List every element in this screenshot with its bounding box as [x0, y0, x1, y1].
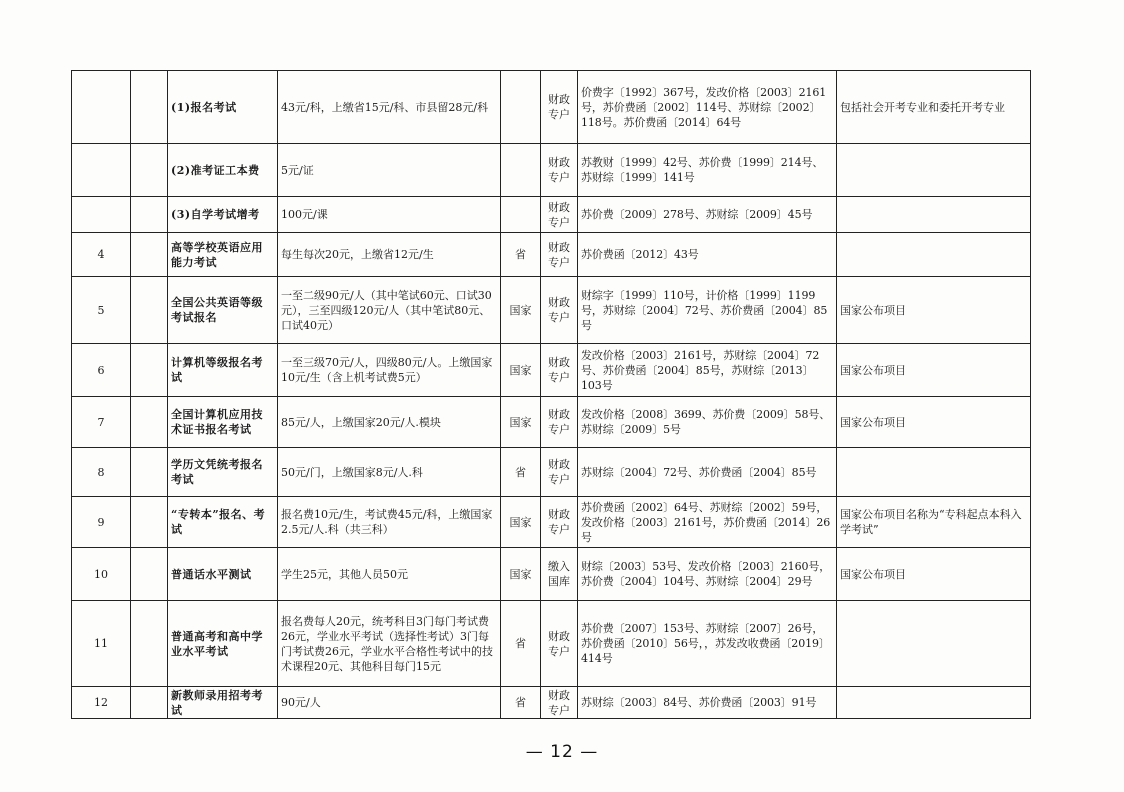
remark — [837, 448, 1031, 497]
approval-level: 国家 — [501, 277, 541, 344]
policy-basis: 苏价费〔2009〕278号、苏财综〔2009〕45号 — [578, 197, 837, 233]
approval-level: 国家 — [501, 548, 541, 601]
row-number — [72, 71, 131, 144]
item-name: (2)准考证工本费 — [168, 144, 278, 197]
approval-level: 省 — [501, 687, 541, 719]
fee-standard: 报名费每人20元，统考科目3门每门考试费26元，学业水平考试（选择性考试）3门每… — [278, 601, 501, 687]
item-name: 新教师录用招考考试 — [168, 687, 278, 719]
row-number: 7 — [72, 397, 131, 448]
blank-cell — [131, 448, 168, 497]
table-row: 12 新教师录用招考考试 90元/人 省 财政专户 苏财综〔2003〕84号、苏… — [72, 687, 1031, 719]
approval-level: 国家 — [501, 397, 541, 448]
item-name: 普通话水平测试 — [168, 548, 278, 601]
blank-cell — [131, 197, 168, 233]
blank-cell — [131, 601, 168, 687]
table-row: 7 全国计算机应用技术证书报名考试 85元/人，上缴国家20元/人.模块 国家 … — [72, 397, 1031, 448]
item-name: 普通高考和高中学业水平考试 — [168, 601, 278, 687]
fund-management: 财政专户 — [541, 687, 578, 719]
fee-standard: 一至三级70元/人，四级80元/人。上缴国家10元/生（含上机考试费5元） — [278, 344, 501, 397]
fee-standard: 5元/证 — [278, 144, 501, 197]
remark — [837, 197, 1031, 233]
item-name: “专转本”报名、考试 — [168, 497, 278, 548]
remark — [837, 687, 1031, 719]
fund-management: 财政专户 — [541, 277, 578, 344]
policy-basis: 财综〔2003〕53号、发改价格〔2003〕2160号，苏价费〔2004〕104… — [578, 548, 837, 601]
remark — [837, 233, 1031, 277]
item-name: (3)自学考试增考 — [168, 197, 278, 233]
table-row: 4 高等学校英语应用能力考试 每生每次20元，上缴省12元/生 省 财政专户 苏… — [72, 233, 1031, 277]
policy-basis: 财综字〔1999〕110号，计价格〔1999〕1199号，苏财综〔2004〕72… — [578, 277, 837, 344]
remark: 国家公布项目名称为“专科起点本科入学考试” — [837, 497, 1031, 548]
remark — [837, 601, 1031, 687]
policy-basis: 苏财综〔2004〕72号、苏价费函〔2004〕85号 — [578, 448, 837, 497]
policy-basis: 苏财综〔2003〕84号、苏价费函〔2003〕91号 — [578, 687, 837, 719]
remark: 国家公布项目 — [837, 397, 1031, 448]
fee-standard: 100元/课 — [278, 197, 501, 233]
page-number: — 12 — — [0, 742, 1124, 762]
item-name: (1)报名考试 — [168, 71, 278, 144]
approval-level — [501, 71, 541, 144]
fee-standard: 85元/人，上缴国家20元/人.模块 — [278, 397, 501, 448]
row-number: 4 — [72, 233, 131, 277]
blank-cell — [131, 687, 168, 719]
policy-basis: 苏价费函〔2002〕64号、苏财综〔2002〕59号，发改价格〔2003〕216… — [578, 497, 837, 548]
table-row: (2)准考证工本费 5元/证 财政专户 苏教财〔1999〕42号、苏价费〔199… — [72, 144, 1031, 197]
blank-cell — [131, 397, 168, 448]
table-row: 6 计算机等级报名考试 一至三级70元/人，四级80元/人。上缴国家10元/生（… — [72, 344, 1031, 397]
fee-standard: 90元/人 — [278, 687, 501, 719]
fee-table-body: (1)报名考试 43元/科，上缴省15元/科、市县留28元/科 财政专户 价费字… — [72, 71, 1031, 719]
fee-table: (1)报名考试 43元/科，上缴省15元/科、市县留28元/科 财政专户 价费字… — [71, 70, 1031, 719]
fee-standard: 报名费10元/生，考试费45元/科，上缴国家2.5元/人.科（共三科） — [278, 497, 501, 548]
approval-level: 国家 — [501, 497, 541, 548]
blank-cell — [131, 497, 168, 548]
fund-management: 财政专户 — [541, 344, 578, 397]
fund-management: 财政专户 — [541, 448, 578, 497]
approval-level — [501, 197, 541, 233]
fund-management: 财政专户 — [541, 497, 578, 548]
row-number: 11 — [72, 601, 131, 687]
blank-cell — [131, 344, 168, 397]
policy-basis: 价费字〔1992〕367号，发改价格〔2003〕2161号，苏价费函〔2002〕… — [578, 71, 837, 144]
fee-standard: 50元/门，上缴国家8元/人.科 — [278, 448, 501, 497]
item-name: 全国计算机应用技术证书报名考试 — [168, 397, 278, 448]
fee-standard: 一至二级90元/人（其中笔试60元、口试30元），三至四级120元/人（其中笔试… — [278, 277, 501, 344]
blank-cell — [131, 233, 168, 277]
policy-basis: 发改价格〔2008〕3699、苏价费〔2009〕58号、苏财综〔2009〕5号 — [578, 397, 837, 448]
table-row: 8 学历文凭统考报名考试 50元/门，上缴国家8元/人.科 省 财政专户 苏财综… — [72, 448, 1031, 497]
row-number — [72, 197, 131, 233]
fund-management: 财政专户 — [541, 71, 578, 144]
fund-management: 财政专户 — [541, 197, 578, 233]
policy-basis: 苏教财〔1999〕42号、苏价费〔1999〕214号、苏财综〔1999〕141号 — [578, 144, 837, 197]
remark: 国家公布项目 — [837, 344, 1031, 397]
policy-basis: 苏价费〔2007〕153号、苏财综〔2007〕26号，苏价费函〔2010〕56号… — [578, 601, 837, 687]
table-row: (3)自学考试增考 100元/课 财政专户 苏价费〔2009〕278号、苏财综〔… — [72, 197, 1031, 233]
fund-management: 财政专户 — [541, 233, 578, 277]
row-number: 10 — [72, 548, 131, 601]
row-number — [72, 144, 131, 197]
approval-level — [501, 144, 541, 197]
approval-level: 省 — [501, 233, 541, 277]
fee-standard: 43元/科，上缴省15元/科、市县留28元/科 — [278, 71, 501, 144]
blank-cell — [131, 548, 168, 601]
table-row: 9 “专转本”报名、考试 报名费10元/生，考试费45元/科，上缴国家2.5元/… — [72, 497, 1031, 548]
item-name: 计算机等级报名考试 — [168, 344, 278, 397]
remark — [837, 144, 1031, 197]
item-name: 全国公共英语等级考试报名 — [168, 277, 278, 344]
fee-standard: 学生25元，其他人员50元 — [278, 548, 501, 601]
table-row: 5 全国公共英语等级考试报名 一至二级90元/人（其中笔试60元、口试30元），… — [72, 277, 1031, 344]
fund-management: 财政专户 — [541, 601, 578, 687]
row-number: 5 — [72, 277, 131, 344]
row-number: 12 — [72, 687, 131, 719]
approval-level: 省 — [501, 448, 541, 497]
remark: 国家公布项目 — [837, 548, 1031, 601]
remark: 包括社会开考专业和委托开考专业 — [837, 71, 1031, 144]
remark: 国家公布项目 — [837, 277, 1031, 344]
row-number: 9 — [72, 497, 131, 548]
row-number: 8 — [72, 448, 131, 497]
item-name: 学历文凭统考报名考试 — [168, 448, 278, 497]
fund-management: 缴入国库 — [541, 548, 578, 601]
blank-cell — [131, 277, 168, 344]
blank-cell — [131, 144, 168, 197]
document-page: (1)报名考试 43元/科，上缴省15元/科、市县留28元/科 财政专户 价费字… — [0, 0, 1124, 792]
table-row: (1)报名考试 43元/科，上缴省15元/科、市县留28元/科 财政专户 价费字… — [72, 71, 1031, 144]
approval-level: 国家 — [501, 344, 541, 397]
approval-level: 省 — [501, 601, 541, 687]
policy-basis: 苏价费函〔2012〕43号 — [578, 233, 837, 277]
table-row: 10 普通话水平测试 学生25元，其他人员50元 国家 缴入国库 财综〔2003… — [72, 548, 1031, 601]
item-name: 高等学校英语应用能力考试 — [168, 233, 278, 277]
fund-management: 财政专户 — [541, 144, 578, 197]
policy-basis: 发改价格〔2003〕2161号，苏财综〔2004〕72号、苏价费函〔2004〕8… — [578, 344, 837, 397]
row-number: 6 — [72, 344, 131, 397]
fee-standard: 每生每次20元，上缴省12元/生 — [278, 233, 501, 277]
fund-management: 财政专户 — [541, 397, 578, 448]
blank-cell — [131, 71, 168, 144]
table-row: 11 普通高考和高中学业水平考试 报名费每人20元，统考科目3门每门考试费26元… — [72, 601, 1031, 687]
